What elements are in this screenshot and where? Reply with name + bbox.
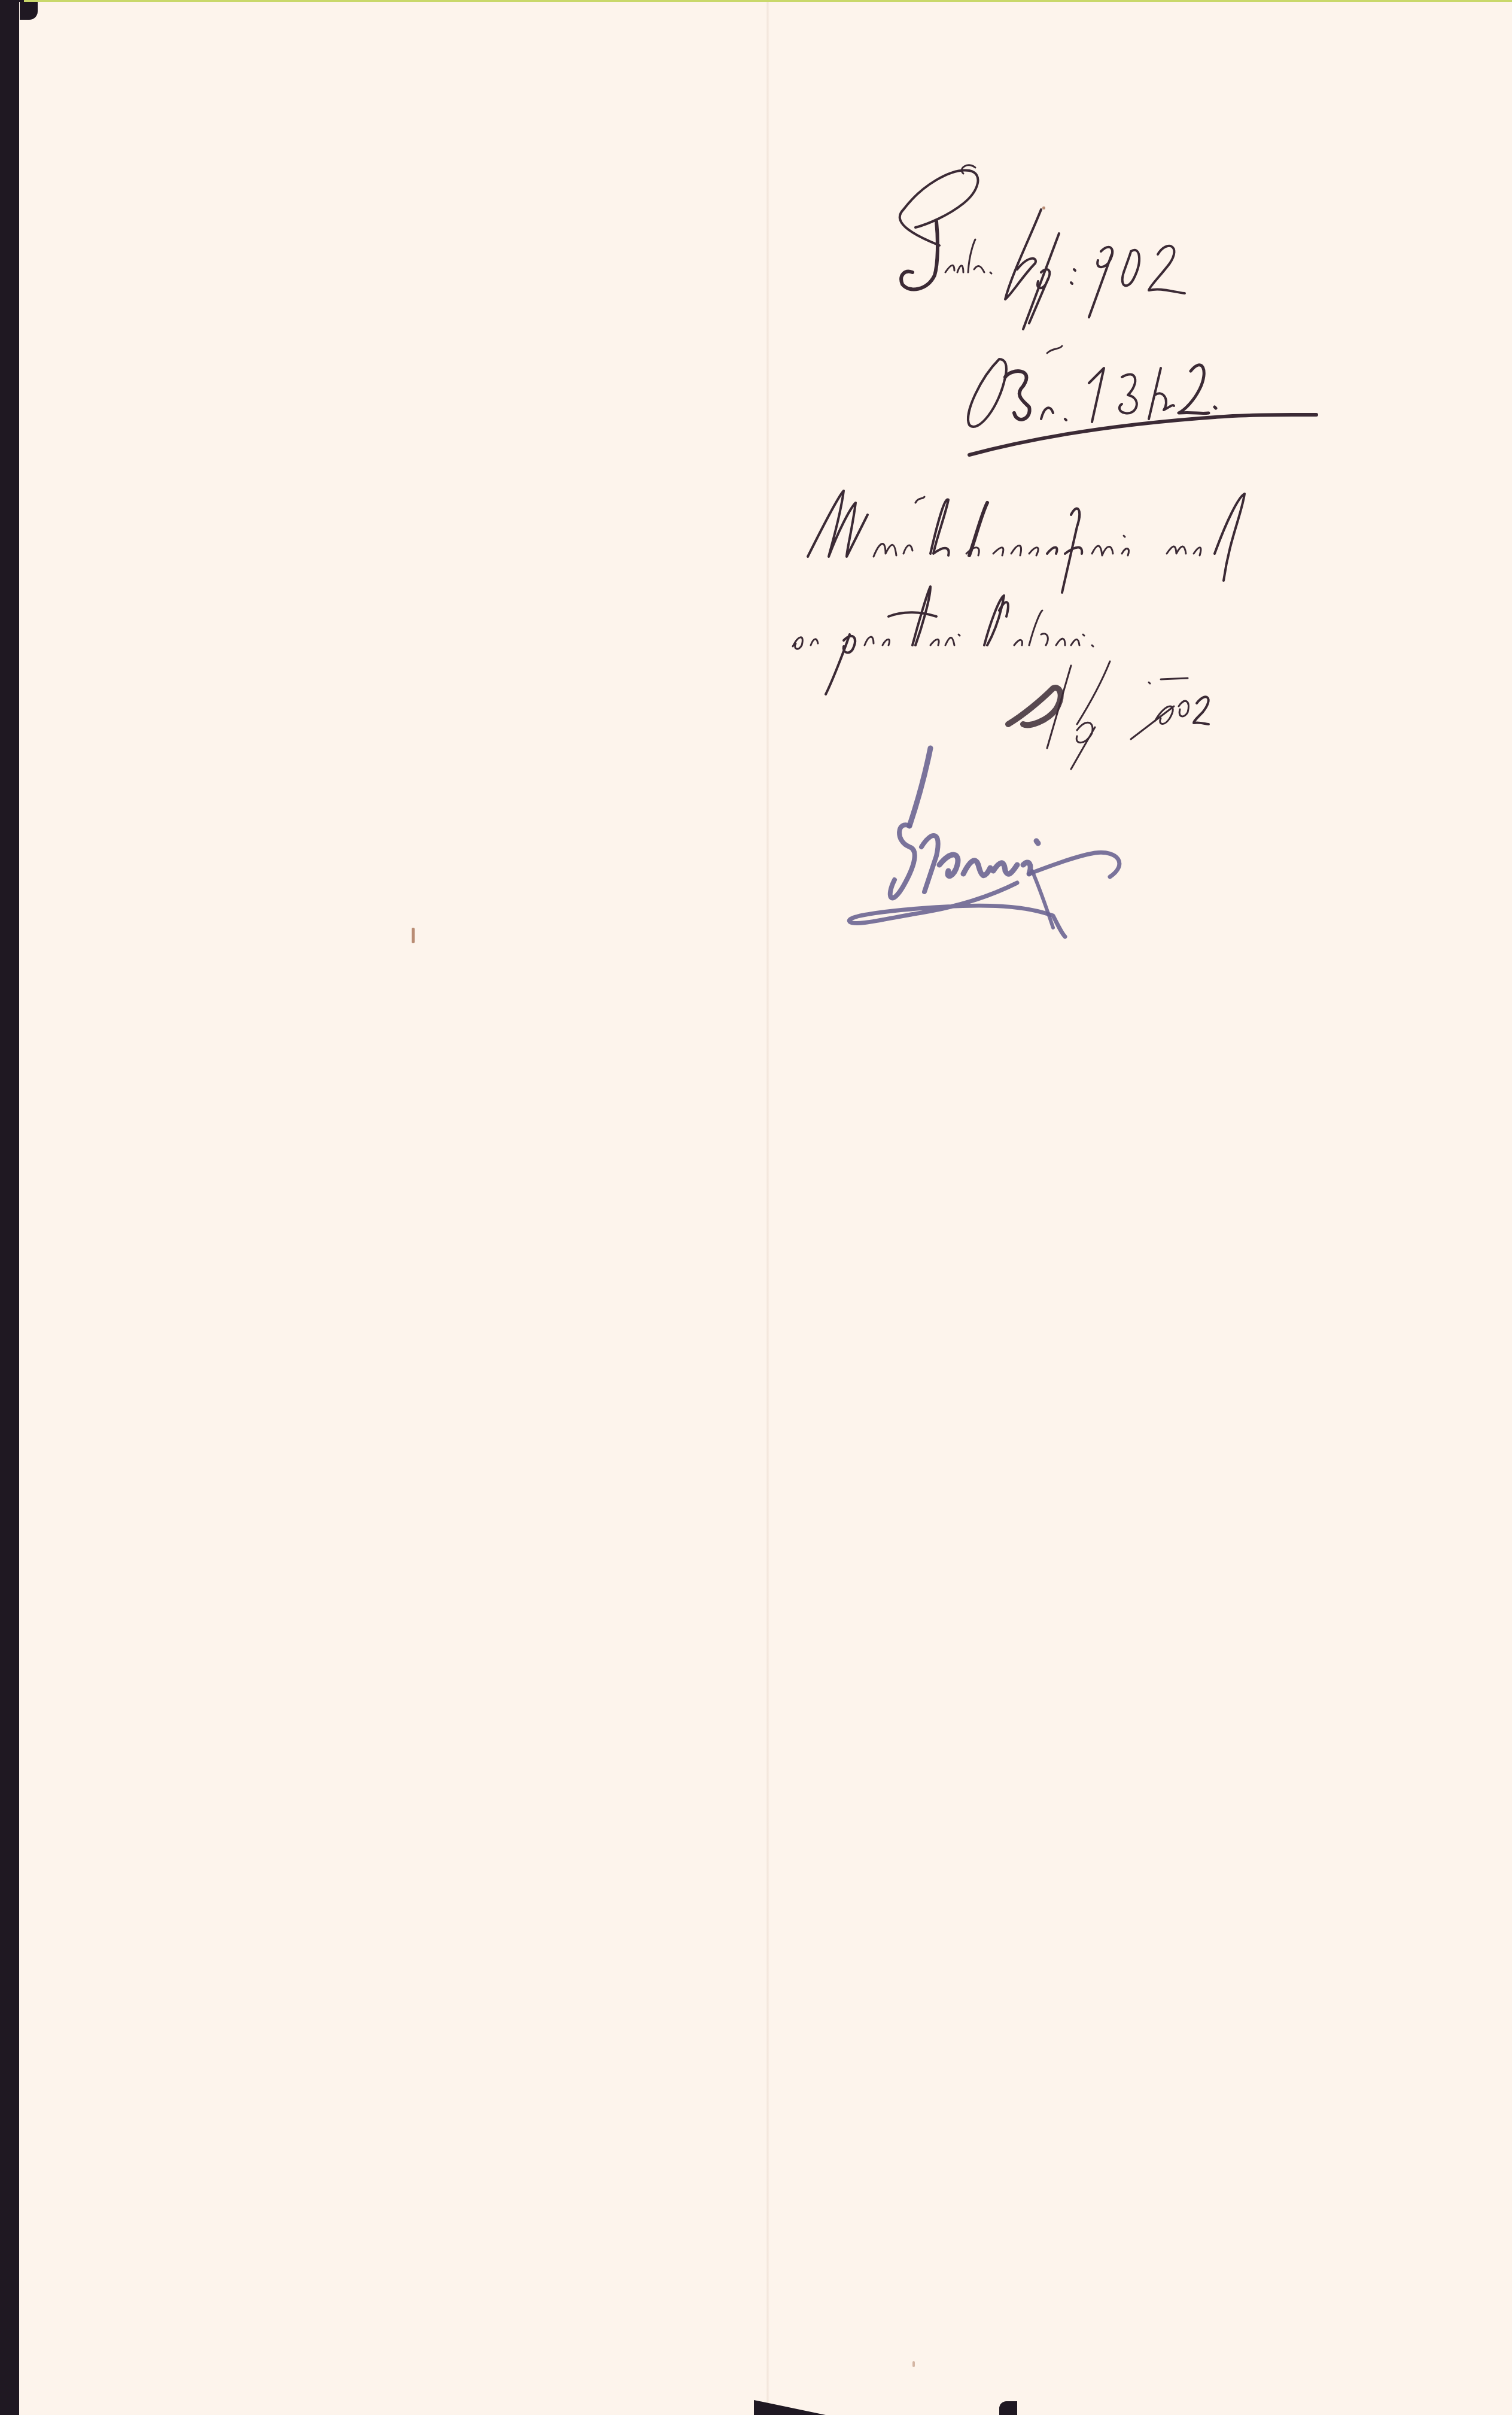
- paper-speck: [412, 928, 415, 943]
- received-date-text: Prik. 6/9. 902: [957, 227, 1512, 325]
- page-bottom-notch-right: [999, 2401, 1017, 2415]
- reference-number-text: Br. 1342.: [993, 359, 1296, 436]
- page-corner-notch: [20, 2, 38, 20]
- scan-background: [0, 0, 20, 2415]
- page-fold-line: [766, 2, 769, 2415]
- paper-speck: [912, 2361, 915, 2367]
- signature-text: Drarić: [969, 802, 1201, 885]
- body-line-2-text: se postavi Nefroimi.: [808, 593, 1418, 663]
- body-line-1-text: Mučke dorovđeno neka: [826, 497, 1512, 567]
